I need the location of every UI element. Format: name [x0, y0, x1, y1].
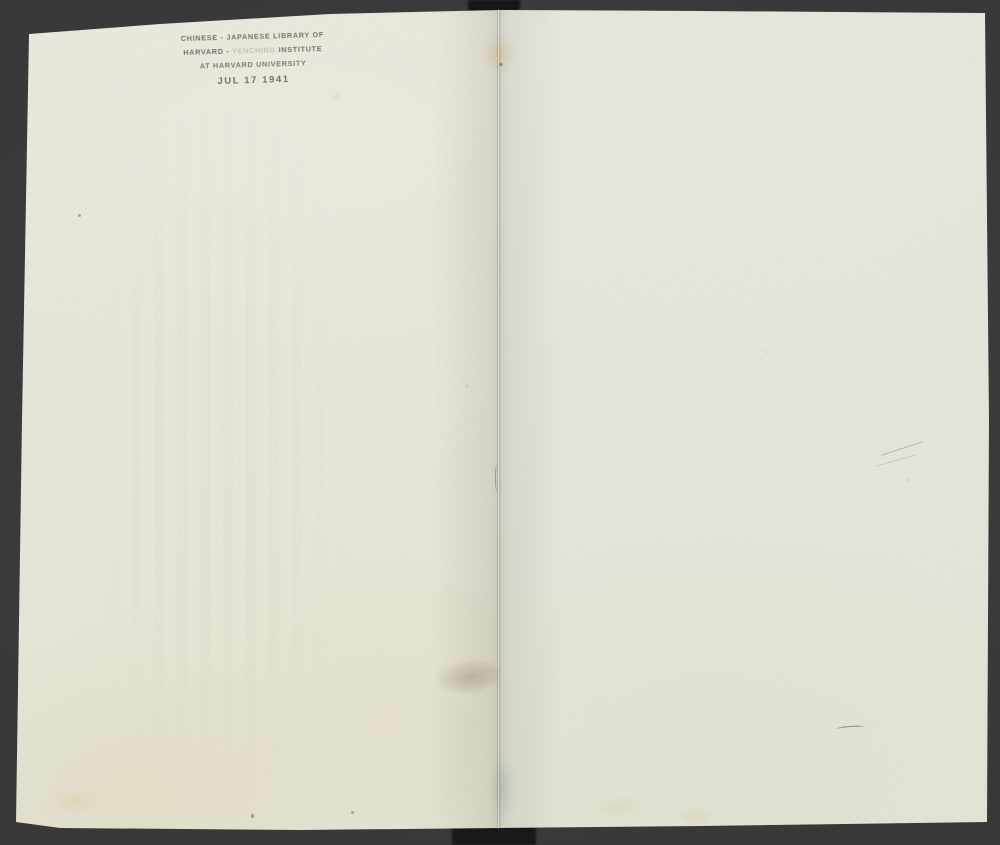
paper-grain-texture	[0, 0, 1000, 845]
